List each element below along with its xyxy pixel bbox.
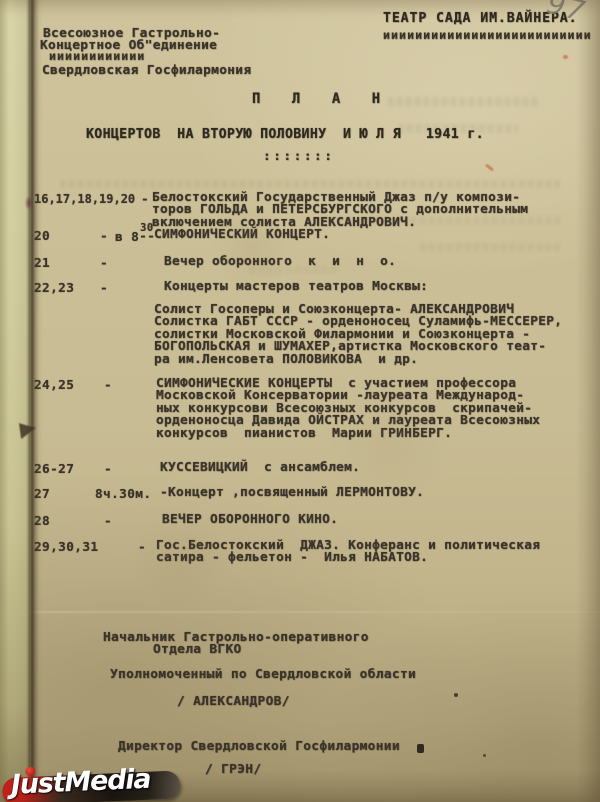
scanned-document: ТЕАТР САДА ИМ.ВАЙНЕРА. иииииииииииииииии… [0, 0, 600, 802]
schedule-entry: 29,30,31 - Гос.Белостокский ДЖАЗ. Конфер… [0, 540, 600, 554]
signature-name-2: / ГРЭН/ [205, 762, 261, 777]
entry-text: Белостокский Государственный Джаз п/у ко… [152, 192, 582, 229]
crease-pen-mark [19, 421, 37, 439]
entry-text: ВЕЧЕР ОБОРОННОГО КИНО. [162, 514, 592, 526]
ink-speck [483, 754, 486, 757]
entry-dash: - [100, 229, 108, 244]
entry-dash: - [100, 256, 108, 271]
entry-dash: - [104, 514, 112, 529]
document-title: П Л А Н [252, 91, 385, 107]
entry-line: ВЕЧЕР ОБОРОННОГО КИНО. [162, 514, 592, 526]
bleedthrough-smudge [388, 97, 538, 106]
entry-text: СИМФОНИЧЕСКИЙ КОНЦЕРТ. [154, 229, 584, 241]
entry-dates: 16,17,18,19,20 [34, 192, 135, 206]
document-page: ТЕАТР САДА ИМ.ВАЙНЕРА. иииииииииииииииии… [0, 0, 600, 802]
edge-tear-mark [25, 196, 33, 210]
watermark-logo-text: JustMedia [10, 764, 151, 801]
schedule-entry-continuation: Солист Госоперы и Союзконцерта- АЛЕКСАНД… [0, 304, 600, 318]
bleedthrough-smudge [60, 180, 560, 188]
red-speck [563, 55, 568, 59]
org-philharmonic-name: Свердловская Госфилармония [42, 63, 251, 78]
entry-time: в 830-- [115, 229, 156, 245]
entry-text: Гос.Белостокский ДЖАЗ. Конферанс и полит… [156, 540, 586, 565]
schedule-entry: 28 - ВЕЧЕР ОБОРОННОГО КИНО. [0, 514, 600, 528]
schedule-entry: 16,17,18,19,20 - Белостокский Государств… [0, 192, 600, 206]
entry-line: ра им.Ленсовета ПОЛОВИКОВА и др. [154, 354, 584, 366]
paper-crease [30, 611, 600, 613]
binding-crease-shadow [27, 0, 43, 802]
org-underline: ииииииииииии [49, 49, 145, 63]
time-dash: -- [139, 229, 155, 244]
signature-title-1b: Отдела ВГКО [153, 642, 242, 657]
signature-title-3: Директор Свердловской Госфилармонии [118, 739, 400, 754]
bleedthrough-smudge [420, 243, 560, 251]
entry-line: -Концерт ,посвященный ЛЕРМОНТОВУ. [160, 487, 590, 499]
justmedia-watermark: JustMedia [1, 760, 193, 802]
entry-line: Вечер оборонного к и н о. [164, 256, 594, 268]
schedule-entry: 20 - в 830-- СИМФОНИЧЕСКИЙ КОНЦЕРТ. [0, 229, 600, 243]
entry-time: 8ч.30м. [95, 487, 151, 502]
schedule-entry: 27 8ч.30м. -Концерт ,посвященный ЛЕРМОНТ… [0, 487, 600, 501]
entry-dates: 29,30,31 [34, 540, 98, 555]
entry-line: конкурсов пианистов Марии ГРИНБЕРГ. [156, 428, 586, 440]
entry-text: Солист Госоперы и Союзконцерта- АЛЕКСАНД… [154, 304, 584, 366]
title-divider: ::::::: [263, 149, 334, 164]
entry-dash: - [138, 540, 146, 555]
entry-text: КУССЕВИЦКИЙ с ансамблем. [160, 462, 590, 474]
schedule-entry: 26-27 - КУССЕВИЦКИЙ с ансамблем. [0, 462, 600, 476]
document-subtitle: КОНЦЕРТОВ НА ВТОРУЮ ПОЛОВИНУ И Ю Л Я 194… [86, 127, 484, 142]
entry-dash: - [100, 281, 108, 296]
red-mark [485, 164, 494, 172]
entry-text: -Концерт ,посвященный ЛЕРМОНТОВУ. [160, 487, 590, 499]
entry-dash: - [104, 462, 112, 477]
entry-dash: - [141, 192, 149, 207]
entry-line: Концерты мастеров театров Москвы: [164, 281, 594, 293]
schedule-entry: 22,23 - Концерты мастеров театров Москвы… [0, 281, 600, 295]
entry-text: Вечер оборонного к и н о. [164, 256, 594, 268]
ink-speck [454, 693, 458, 697]
signature-name-1: / АЛЕКСАНДРОВ/ [177, 694, 290, 709]
entry-dash: - [104, 378, 112, 393]
ink-blot [417, 744, 424, 753]
signature-title-2: Уполномоченный по Свердловской области [110, 667, 416, 682]
entry-line: СИМФОНИЧЕСКИЙ КОНЦЕРТ. [154, 229, 584, 241]
schedule-entry: 21 - Вечер оборонного к и н о. [0, 256, 600, 270]
book-binding-edge [0, 0, 30, 802]
entry-text: СИМФОНИЧЕСКИЕ КОНЦЕРТЫ с участием профес… [156, 378, 586, 440]
venue-underline: ииииииииииииииииииииииииии [383, 28, 592, 42]
entry-text: Концерты мастеров театров Москвы: [164, 281, 594, 293]
schedule-entry: 24,25 - СИМФОНИЧЕСКИЕ КОНЦЕРТЫ с участие… [0, 378, 600, 392]
entry-line: КУССЕВИЦКИЙ с ансамблем. [160, 462, 590, 474]
entry-line: сатира - фельетон - Илья НАБАТОВ. [156, 552, 586, 564]
time-prefix: в 8 [115, 230, 139, 245]
